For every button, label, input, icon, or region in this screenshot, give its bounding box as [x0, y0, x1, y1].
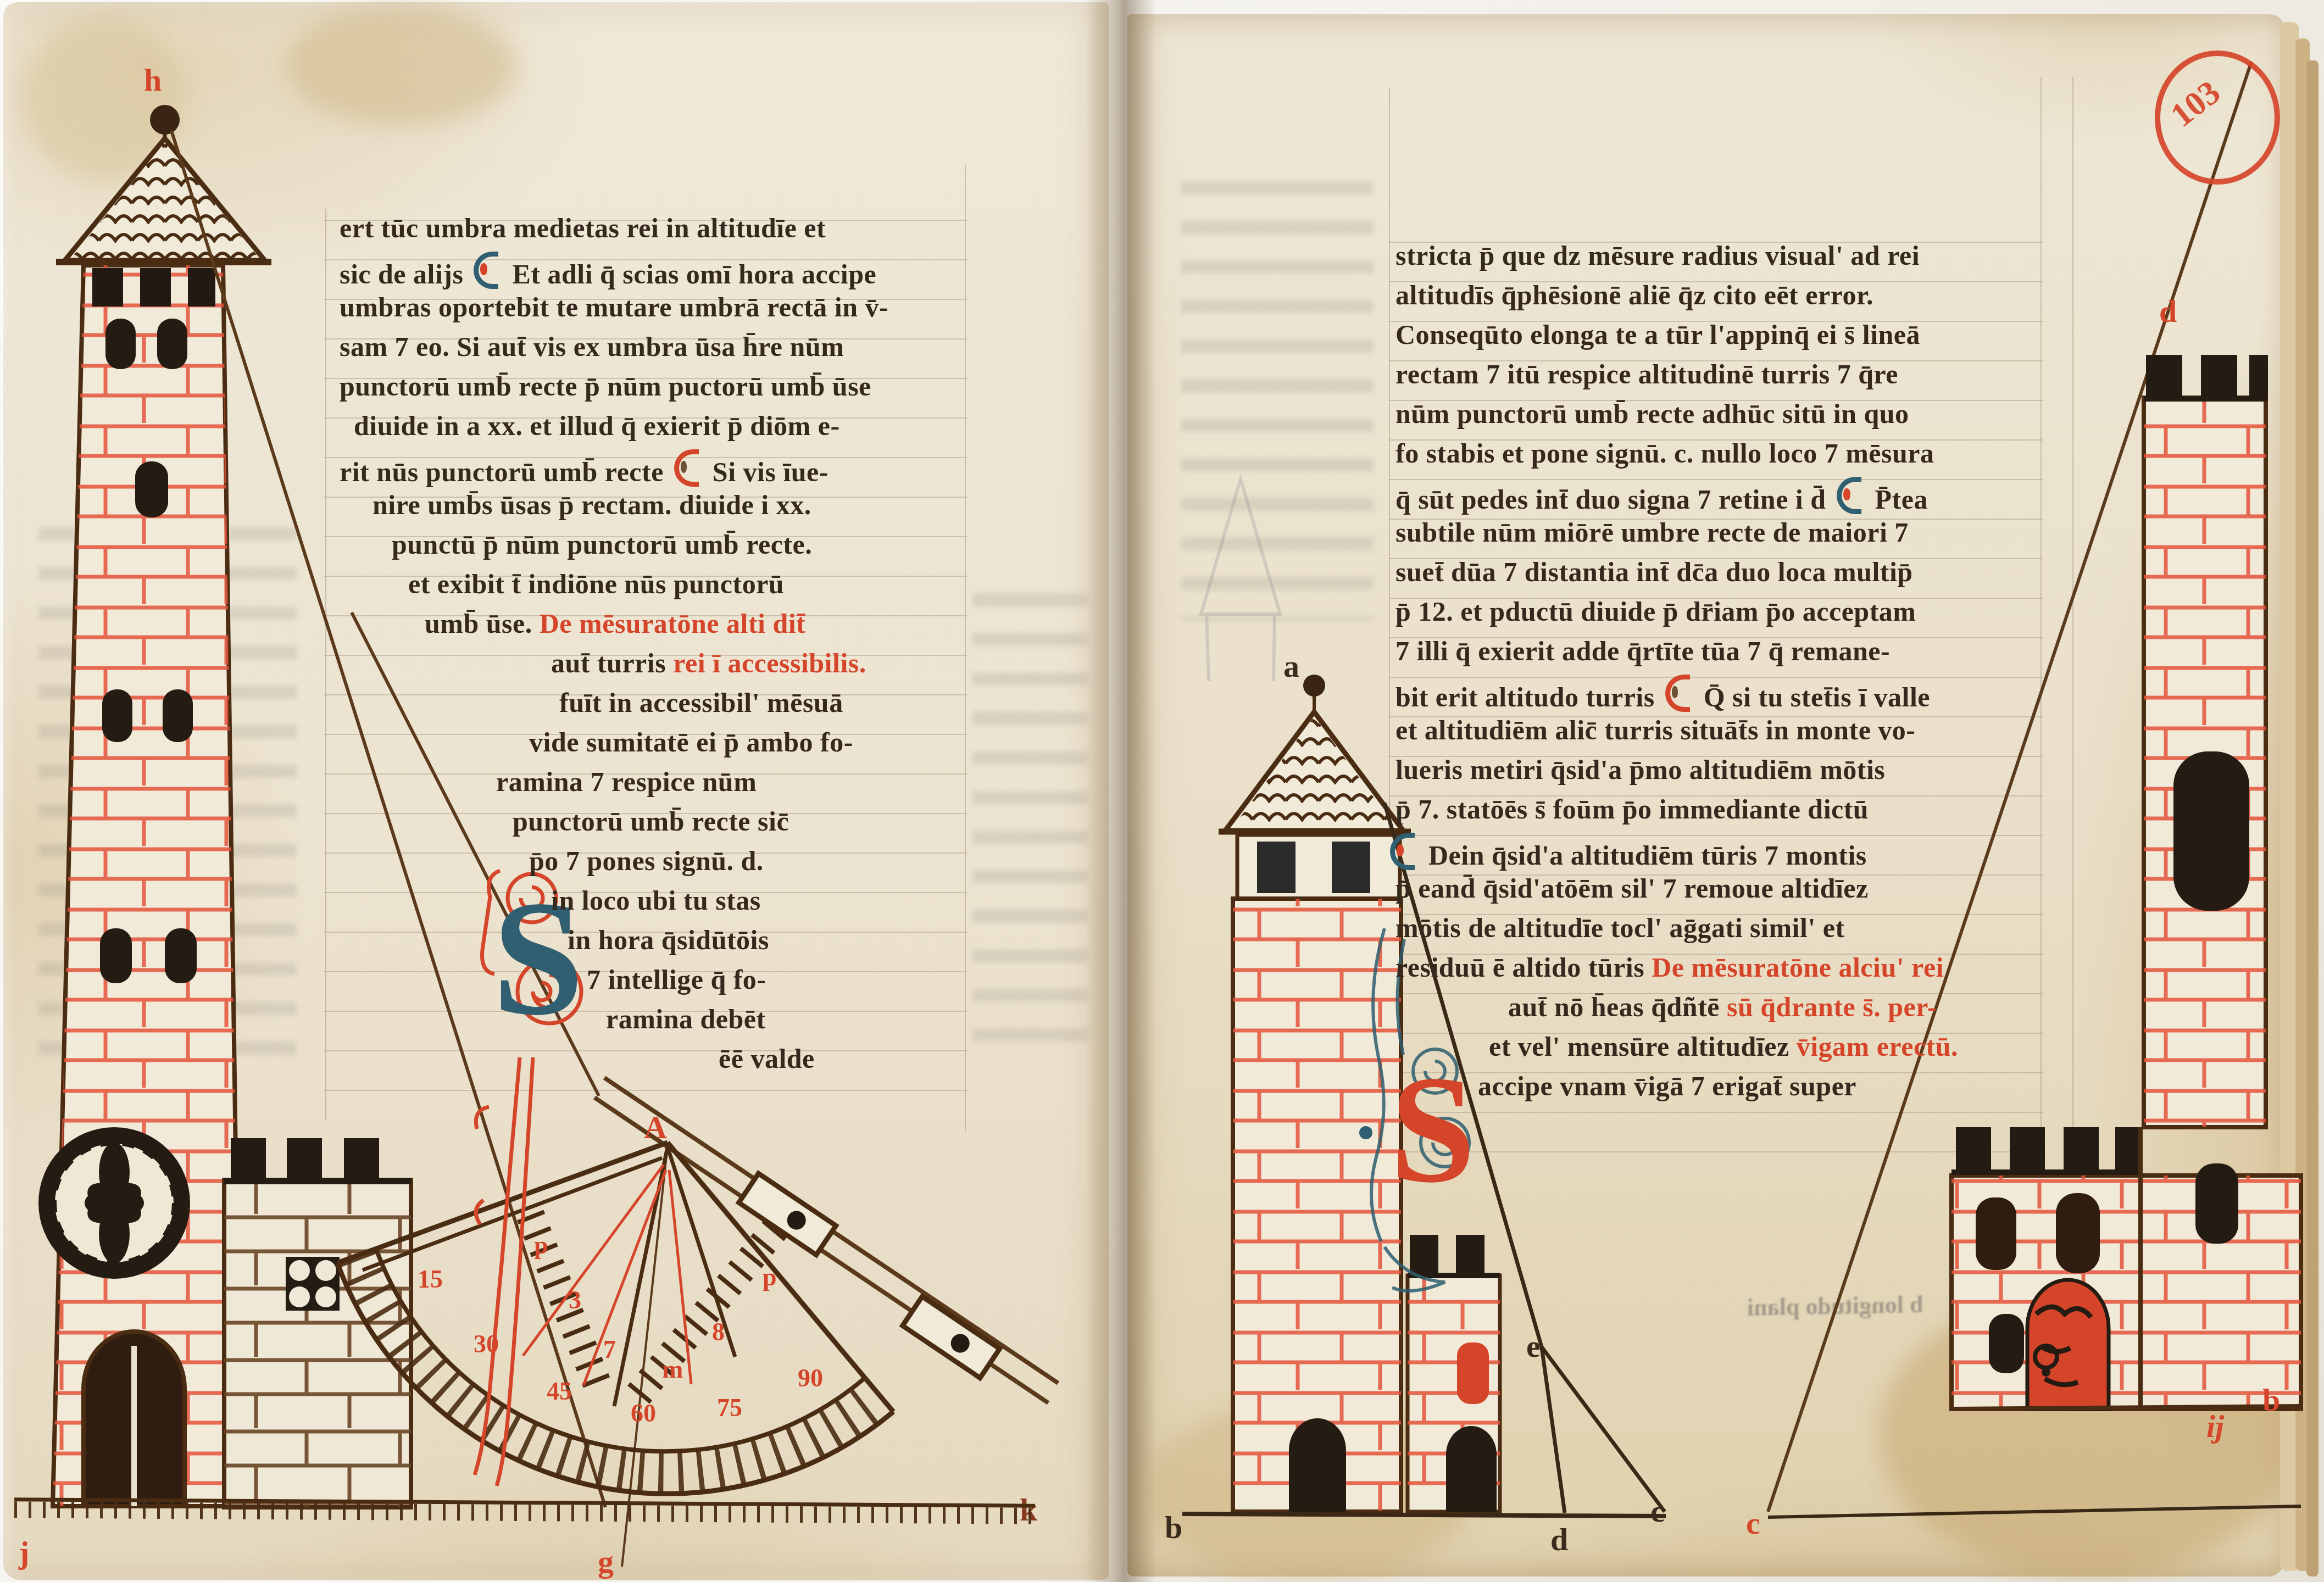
text-segment: 7 illi q̄ exierit adde q̄rtīte tūa 7 q̄ … — [1395, 636, 1890, 666]
text-segment: p̄ 7. statōēs s̄ foūm p̄o immediante dic… — [1395, 794, 1869, 825]
text-line: 7 intellige q̄ fo- — [587, 963, 971, 1003]
text-line: sic de alijs Et adli q̄ scias omī hora a… — [340, 252, 971, 291]
text-line: fo stabis et pone signū. c. nullo loco 7… — [1395, 437, 2049, 477]
quadrant-arc-label: 90 — [798, 1364, 823, 1392]
text-line: lueris metiri q̄sid'a p̄mo altitudiēm mō… — [1395, 754, 2049, 793]
manuscript-spread: b longitudo plani — [0, 0, 2324, 1582]
label-d: d — [1550, 1522, 1568, 1557]
label-d-red: d — [2159, 293, 2177, 329]
text-line: et altitudiēm alic̄ turris situāt̄s in m… — [1395, 714, 2049, 754]
text-segment: sam 7 eo. Si aut̄ vis ex umbra ūsa h̄re … — [340, 331, 844, 362]
text-segment: De mēsuratōne alti dit̄ — [540, 608, 806, 639]
text-line: accipe vnam v̄igā 7 erigat̄ super — [1478, 1070, 2049, 1110]
text-segment: ramina debēt — [606, 1004, 766, 1034]
text-segment: Conseqūto elonga te a tūr l'appinq̄ ei s… — [1395, 319, 1920, 350]
left-text-column: ert tūc umbra medietas rei in altitudīe … — [340, 212, 971, 1082]
text-segment: et altitudiēm alic̄ turris situāt̄s in m… — [1395, 715, 1916, 745]
text-segment: altitudīs q̄phēsionē aliē q̄z cito eēt e… — [1395, 280, 1873, 310]
text-segment: in loco ubi tu stas — [551, 885, 761, 916]
text-segment: p̄o 7 pones signū. d. — [529, 845, 764, 876]
text-segment: et vel' mensūre altitudīez — [1489, 1031, 1797, 1062]
text-line: ēē valde — [719, 1043, 971, 1082]
text-segment: accipe vnam v̄igā 7 erigat̄ super — [1478, 1071, 1856, 1101]
text-segment: rectam 7 itū respice altitudinē turris 7… — [1395, 359, 1898, 389]
text-line: ramina debēt — [606, 1003, 971, 1043]
finial-ball — [150, 105, 180, 135]
red-door — [2027, 1280, 2109, 1409]
label-b: b — [1165, 1509, 1182, 1545]
quadrant-square-label: p — [763, 1263, 777, 1291]
text-segment: p̄ 12. et pductū diuide p̄ dr̄iam p̄o ac… — [1395, 596, 1916, 627]
quadrant-arc-label: 15 — [418, 1265, 443, 1293]
text-segment: p̄ eand̄ q̄sid'atōēm sil' 7 remoue altid… — [1395, 873, 1869, 904]
text-segment: punctorū umb̄ recte sic̄ — [513, 806, 789, 837]
paraph-mark — [474, 252, 498, 289]
text-segment: Q̄ si tu stet̄is ī valle — [1697, 682, 1930, 712]
text-line: p̄ 12. et pductū diuide p̄ dr̄iam p̄o ac… — [1395, 595, 2049, 635]
text-segment: umbras oportebit te mutare umbrā rectā i… — [340, 292, 888, 322]
text-segment: sic de alijs — [340, 259, 470, 289]
text-line: ert tūc umbra medietas rei in altitudīe … — [340, 212, 971, 252]
text-line: umbras oportebit te mutare umbrā rectā i… — [340, 291, 971, 331]
label-j: j — [18, 1535, 29, 1570]
text-line: residuū ē altido tūris De mēsuratōne alc… — [1395, 951, 2049, 991]
right-text-column: stricta p̄ que dz mēsure radius visual' … — [1395, 239, 2049, 1110]
quatrefoil-ornament — [286, 1257, 340, 1311]
text-line: ramina 7 respice nūm — [496, 766, 971, 805]
text-segment: in hora q̄sidūtōis — [568, 924, 769, 955]
rose-window — [38, 1127, 190, 1279]
quadrant-arc-label: 75 — [717, 1394, 742, 1422]
ghost-spire — [1201, 479, 1280, 681]
text-line: umb̄ ūse. De mēsuratōne alti dit̄ — [425, 608, 971, 647]
text-line: punctū p̄ nūm punctorū umb̄ recte. — [392, 528, 971, 568]
text-segment: P̄tea — [1868, 484, 1928, 515]
text-segment: fo stabis et pone signū. c. nullo loco 7… — [1395, 438, 1934, 469]
text-line: vide sumitatē ei p̄ ambo fo- — [529, 726, 971, 766]
text-line: subtile nūm miōrē umbre recte de maiori … — [1395, 516, 2049, 556]
label-b-red: b — [2262, 1382, 2280, 1418]
text-segment: De mēsuratōne alciu' rei — [1652, 952, 1944, 983]
text-segment: ert tūc umbra medietas rei in altitudīe … — [340, 213, 826, 243]
text-segment: suet̄ dūa 7 distantia int̄ dc̄a duo loca… — [1395, 556, 1913, 587]
text-segment: punctorū umb̄ recte p̄ nūm puctorū umb̄ … — [340, 371, 871, 402]
text-segment: Si vis īue- — [705, 456, 829, 487]
text-line: et exibit t̄ indiōne nūs punctorū — [408, 568, 971, 608]
label-c-red: c — [1746, 1505, 1760, 1541]
paraph-mark — [1390, 833, 1415, 870]
text-segment: Dein q̄sid'a altitudiēm tūris 7 montis — [1421, 840, 1867, 871]
text-line: rectam 7 itū respice altitudinē turris 7… — [1395, 358, 2049, 398]
left-keep — [224, 1138, 411, 1507]
text-line: sam 7 eo. Si aut̄ vis ex umbra ūsa h̄re … — [340, 331, 971, 370]
label-quadrant-apex: A — [644, 1110, 667, 1145]
text-segment: 7 intellige q̄ fo- — [587, 964, 766, 995]
text-line: suet̄ dūa 7 distantia int̄ dc̄a duo loca… — [1395, 556, 2049, 595]
text-segment: diuide in a xx. et illud q̄ exierit p̄ d… — [354, 410, 840, 441]
text-segment: ramina 7 respice nūm — [496, 766, 757, 797]
text-segment: residuū ē altido tūris — [1395, 952, 1652, 983]
text-line: stricta p̄ que dz mēsure radius visual' … — [1395, 239, 2049, 279]
text-segment: bit erit altitudo turris — [1395, 682, 1662, 712]
text-segment: sū q̄drante s̄. per- — [1727, 991, 1937, 1022]
text-segment: v̄igam erectū. — [1797, 1031, 1958, 1062]
quire-signature: ij — [2206, 1408, 2225, 1444]
text-line: nūm punctorū umb̄ recte adhūc sitū in qu… — [1395, 398, 2049, 437]
text-line: fuīt in accessibil' mēsuā — [559, 687, 971, 726]
label-c: c — [1650, 1493, 1665, 1529]
text-line: mōtis de altitudīe tocl' aḡgati simil' e… — [1395, 912, 2049, 951]
text-segment: aut̄ turris — [551, 648, 673, 678]
text-line: diuide in a xx. et illud q̄ exierit p̄ d… — [354, 410, 971, 449]
quadrant-square-label: m — [662, 1355, 683, 1383]
text-segment: vide sumitatē ei p̄ ambo fo- — [529, 727, 853, 757]
paraph-mark — [1665, 675, 1690, 712]
text-line: punctorū umb̄ recte sic̄ — [513, 805, 971, 845]
text-segment: rit nūs punctorū umb̄ recte — [340, 456, 671, 487]
text-segment: rei ī accessibilis. — [673, 648, 866, 678]
right-castle — [1952, 1127, 2301, 1409]
label-a: a — [1283, 648, 1299, 684]
text-segment: stricta p̄ que dz mēsure radius visual' … — [1395, 240, 1920, 271]
right-tower-d — [2144, 355, 2268, 1127]
text-line: in hora q̄sidūtōis — [568, 924, 971, 963]
text-segment: lueris metiri q̄sid'a p̄mo altitudiēm mō… — [1395, 754, 1885, 785]
text-line: aut̄ nō h̄eas q̄dñtē sū q̄drante s̄. per… — [1508, 991, 2049, 1030]
folio-number: 103 — [2164, 73, 2228, 135]
text-line: in loco ubi tu stas — [551, 884, 971, 924]
text-segment: mōtis de altitudīe tocl' aḡgati simil' e… — [1395, 912, 1845, 943]
paraph-mark — [674, 449, 699, 487]
quadrant-square-label: 8 — [712, 1318, 725, 1346]
text-line: p̄ eand̄ q̄sid'atōēm sil' 7 remoue altid… — [1395, 872, 2049, 912]
text-line: p̄ 7. statōēs s̄ foūm p̄o immediante dic… — [1395, 793, 2049, 833]
text-line: et vel' mensūre altitudīez v̄igam erectū… — [1489, 1030, 2049, 1070]
label-h: h — [144, 62, 162, 98]
text-line: Conseqūto elonga te a tūr l'appinq̄ ei s… — [1395, 319, 2049, 358]
text-segment: aut̄ nō h̄eas q̄dñtē — [1508, 991, 1727, 1022]
text-segment: umb̄ ūse. — [425, 608, 540, 639]
text-line: punctorū umb̄ recte p̄ nūm puctorū umb̄ … — [340, 370, 971, 410]
red-window — [1457, 1343, 1489, 1404]
text-line: q̄ sūt pedes int̄ duo signa 7 retine i d… — [1395, 477, 2049, 516]
text-line: bit erit altitudo turris Q̄ si tu stet̄i… — [1395, 675, 2049, 714]
text-segment: ēē valde — [719, 1043, 815, 1074]
text-segment: nūm punctorū umb̄ recte adhūc sitū in qu… — [1395, 398, 1909, 429]
text-segment: subtile nūm miōrē umbre recte de maiori … — [1395, 517, 1909, 548]
text-line: altitudīs q̄phēsionē aliē q̄z cito eēt e… — [1395, 279, 2049, 319]
text-line: Dein q̄sid'a altitudiēm tūris 7 montis — [1387, 833, 2049, 872]
text-line: rit nūs punctorū umb̄ recte Si vis īue- — [340, 449, 971, 489]
paraph-mark — [1837, 477, 1861, 514]
label-plumb-glyph: g — [598, 1544, 614, 1579]
text-segment: q̄ sūt pedes int̄ duo signa 7 retine i d… — [1395, 484, 1833, 515]
folio-stamp: 103 — [2155, 51, 2280, 185]
text-line: 7 illi q̄ exierit adde q̄rtīte tūa 7 q̄ … — [1395, 635, 2049, 675]
text-segment: Et adli q̄ scias omī hora accipe — [505, 259, 876, 289]
text-line: nire umb̄s ūsas p̄ rectam. diuide i xx. — [372, 489, 971, 528]
text-segment: et exibit t̄ indiōne nūs punctorū — [408, 569, 784, 599]
text-line: p̄o 7 pones signū. d. — [529, 845, 971, 884]
text-segment: nire umb̄s ūsas p̄ rectam. diuide i xx. — [372, 489, 811, 520]
text-line: aut̄ turris rei ī accessibilis. — [551, 647, 971, 687]
text-segment: fuīt in accessibil' mēsuā — [559, 687, 843, 718]
text-segment: punctū p̄ nūm punctorū umb̄ recte. — [392, 529, 812, 560]
